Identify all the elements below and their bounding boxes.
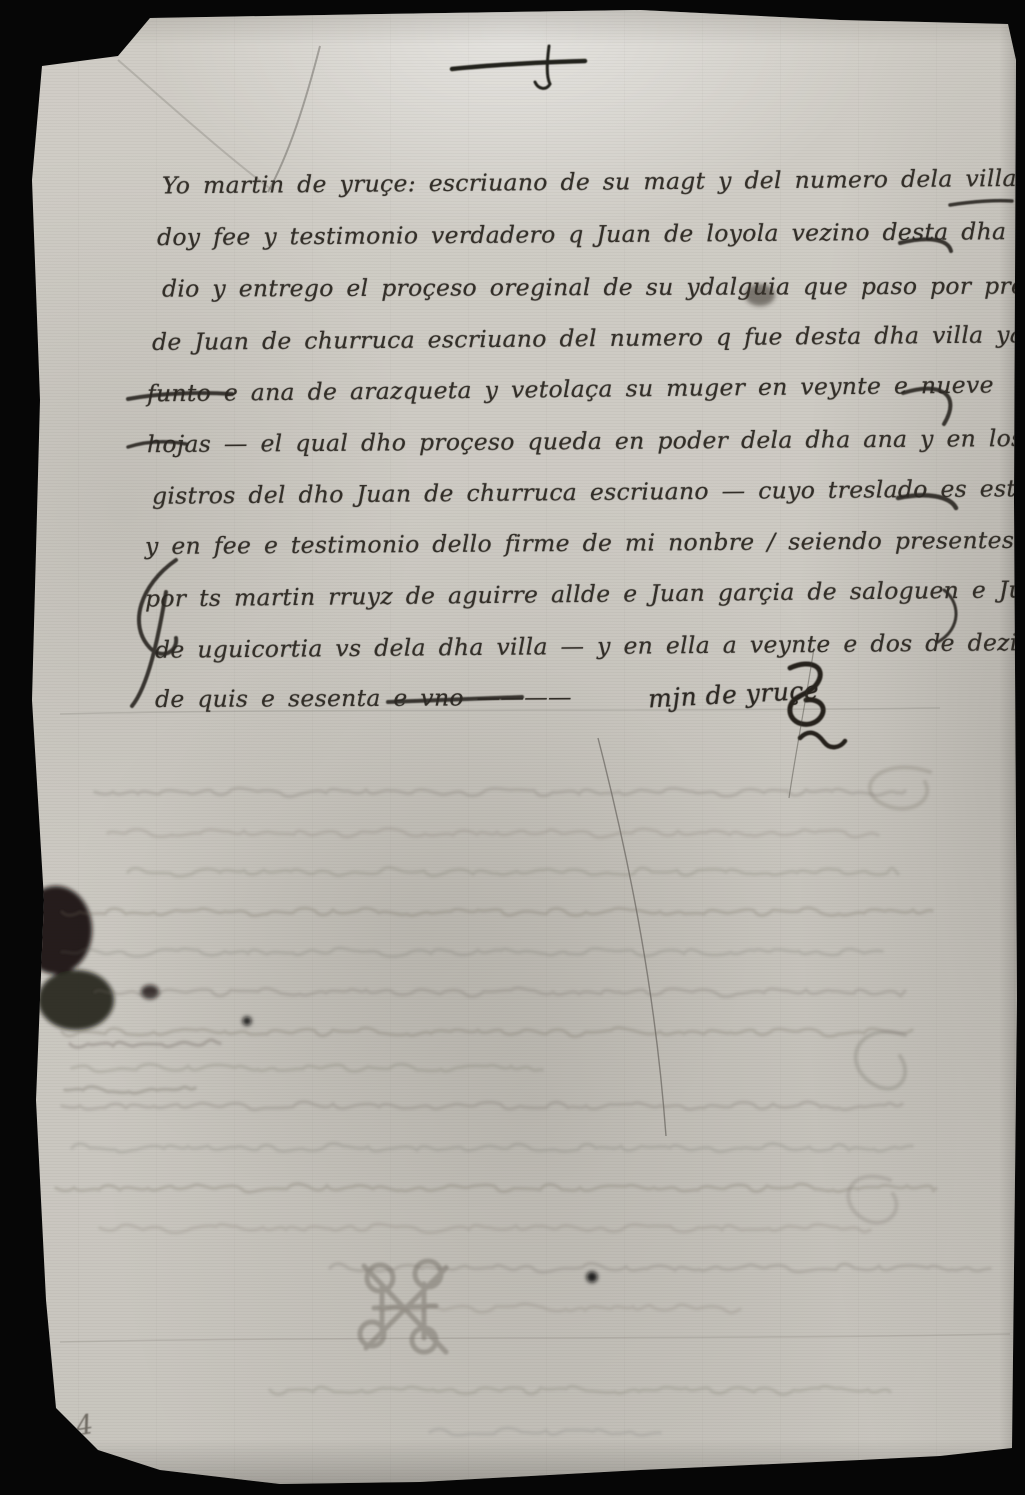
hairline-marks bbox=[60, 648, 1010, 1342]
manuscript-line: gistros del dho Juan de churruca escriua… bbox=[152, 474, 1025, 510]
manuscript-page: Yo martin de yruçe: escriuano de su magt… bbox=[0, 0, 1025, 1495]
manuscript-line: doy fee y testimonio verdadero q Juan de… bbox=[157, 217, 1025, 251]
manuscript-line: de uguicortia vs dela dha villa — y en e… bbox=[155, 628, 1025, 664]
verso-bleedthrough-text bbox=[56, 767, 990, 1435]
folio-number: 54 bbox=[48, 1408, 105, 1447]
manuscript-line: de quis e sesenta e vno ———— bbox=[155, 683, 572, 713]
manuscript-line: funto e ana de arazqueta y vetolaça su m… bbox=[147, 371, 994, 408]
scanner-background: Yo martin de yruçe: escriuano de su magt… bbox=[0, 0, 1025, 1495]
notarial-monogram-icon bbox=[360, 1261, 446, 1352]
manuscript-line: hojas — el qual dho proçeso queda en pod… bbox=[147, 424, 1025, 458]
manuscript-line: dio y entrego el proçeso oreginal de su … bbox=[162, 271, 1025, 302]
notary-signature: mjn de yruçe bbox=[647, 676, 820, 714]
invocation-cross-icon bbox=[452, 46, 585, 88]
manuscript-line: de Juan de churruca escriuano del numero… bbox=[152, 320, 1025, 356]
manuscript-line: y en fee e testimonio dello firme de mi … bbox=[145, 526, 1014, 560]
manuscript-line: por ts martin rruyz de aguirre allde e J… bbox=[145, 575, 1024, 612]
manuscript-line: Yo martin de yruçe: escriuano de su magt… bbox=[162, 163, 1025, 200]
